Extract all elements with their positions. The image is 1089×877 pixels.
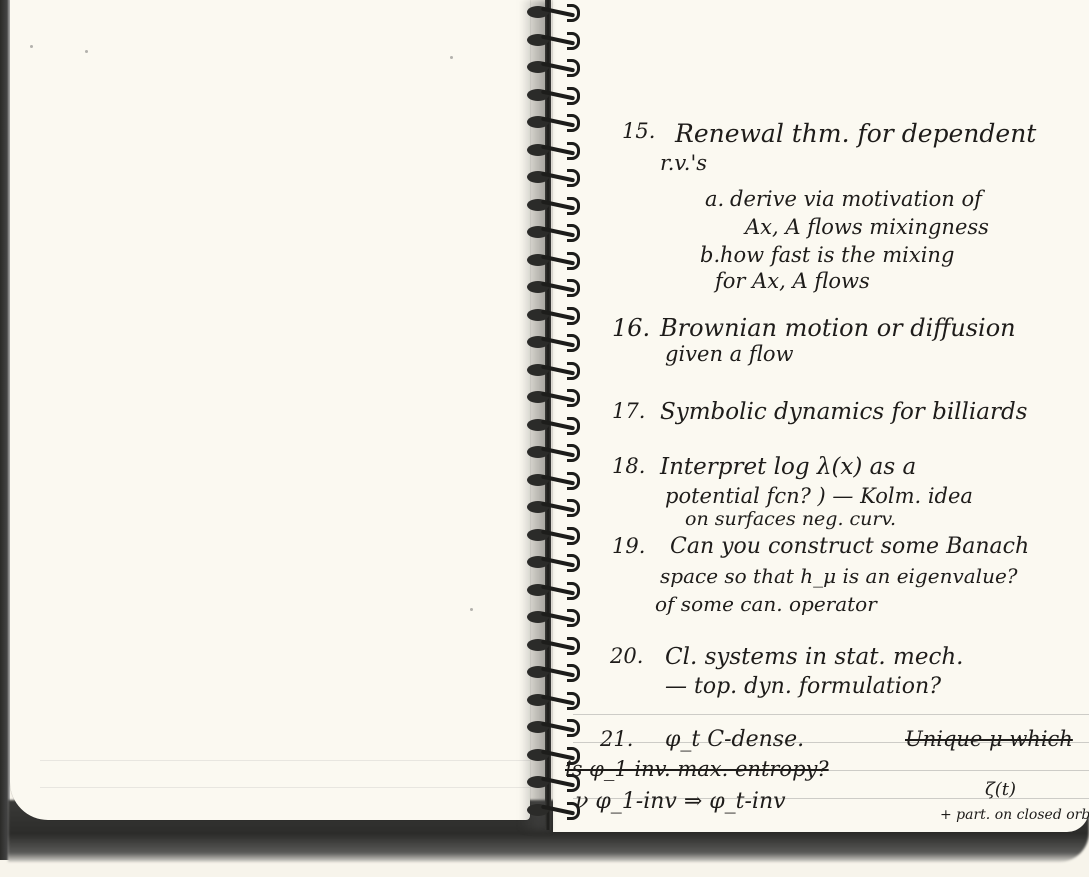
ruled-line [573,714,1089,715]
spiral-coil [527,336,577,350]
note-line: on surfaces neg. curv. [685,509,896,530]
note-line: how fast is the mixing [720,244,954,267]
paper-speck [470,608,473,611]
coil-hook [567,417,580,435]
struck-out-text: Unique μ which [905,728,1073,751]
item-number: 20. [610,645,643,668]
note-line: potential fcn? ) — Kolm. idea [665,485,973,508]
spiral-coil [527,639,577,653]
left-page [10,0,530,820]
spiral-coil [527,419,577,433]
coil-hook [567,197,580,215]
spiral-coil [527,226,577,240]
subitem-label: a. [705,188,724,211]
notebook-scan: 15. Renewal thm. for dependent r.v.'s a.… [0,0,1089,877]
note-line: Ax, A flows mixingness [745,216,989,239]
coil-hook [567,114,580,132]
note-line: of some can. operator [655,593,877,615]
item-number: 18. [612,455,645,478]
coil-hook [567,389,580,407]
note-line: Renewal thm. for dependent [675,120,1036,148]
coil-hook [567,472,580,490]
coil-hook [567,87,580,105]
spiral-coil [527,721,577,735]
note-line: ζ(t) [985,780,1016,800]
spiral-coil [527,501,577,515]
spiral-coil [527,694,577,708]
item-number: 17. [612,400,645,423]
spiral-coil [527,666,577,680]
spiral-coil [527,34,577,48]
spiral-coil [527,199,577,213]
coil-hook [567,692,580,710]
spiral-coil [527,474,577,488]
paper-speck [30,45,33,48]
coil-hook [567,334,580,352]
scan-left-edge [0,0,10,860]
note-line: ν φ_1-inv ⇒ φ_t-inv [575,790,786,814]
coil-hook [567,362,580,380]
note-line: Brownian motion or diffusion [660,315,1016,341]
coil-hook [567,224,580,242]
spiral-coil [527,254,577,268]
note-line: space so that h_μ is an eigenvalue? [660,565,1018,587]
spiral-binding [515,0,585,832]
note-line: Can you construct some Banach [670,535,1029,559]
item-number: 15. [622,120,655,143]
note-line: r.v.'s [660,152,707,175]
spiral-coil [527,364,577,378]
coil-hook [567,142,580,160]
paper-speck [450,56,453,59]
subitem-label: b. [700,244,720,267]
coil-hook [567,554,580,572]
coil-hook [567,4,580,22]
note-line: for Ax, A flows [715,270,870,293]
coil-hook [567,279,580,297]
spiral-coil [527,391,577,405]
spiral-coil [527,584,577,598]
spiral-coil [527,6,577,20]
note-line: φ_t C-dense. [665,728,804,752]
spiral-coil [527,309,577,323]
coil-hook [567,59,580,77]
spiral-coil [527,144,577,158]
spiral-coil [527,611,577,625]
coil-hook [567,527,580,545]
coil-hook [567,582,580,600]
coil-hook [567,307,580,325]
item-number: 19. [612,535,645,558]
coil-hook [567,169,580,187]
coil-hook [567,637,580,655]
paper-speck [85,50,88,53]
spiral-coil [527,556,577,570]
coil-hook [567,664,580,682]
coil-hook [567,609,580,627]
coil-hook [567,499,580,517]
note-line: derive via motivation of [730,188,982,211]
spiral-coil [527,61,577,75]
note-line: — top. dyn. formulation? [665,675,941,699]
spiral-coil [527,281,577,295]
coil-hook [567,444,580,462]
spiral-coil [527,804,577,818]
item-number: 16. [612,315,650,341]
coil-hook [567,252,580,270]
ruled-line [40,760,530,761]
coil-hook [567,32,580,50]
struck-out-text: is φ_1 inv. max. entropy? [565,758,829,781]
note-line: given a flow [665,343,793,366]
note-line: Cl. systems in stat. mech. [665,645,963,670]
spiral-coil [527,116,577,130]
coil-hook [567,719,580,737]
spiral-coil [527,446,577,460]
spiral-coil [527,89,577,103]
item-number: 21. [600,728,633,751]
spiral-coil [527,529,577,543]
ruled-line [40,787,530,788]
note-line: + part. on closed orb. [940,808,1089,823]
note-line: Interpret log λ(x) as a [660,455,916,480]
spiral-coil [527,171,577,185]
note-line: Symbolic dynamics for billiards [660,400,1027,425]
